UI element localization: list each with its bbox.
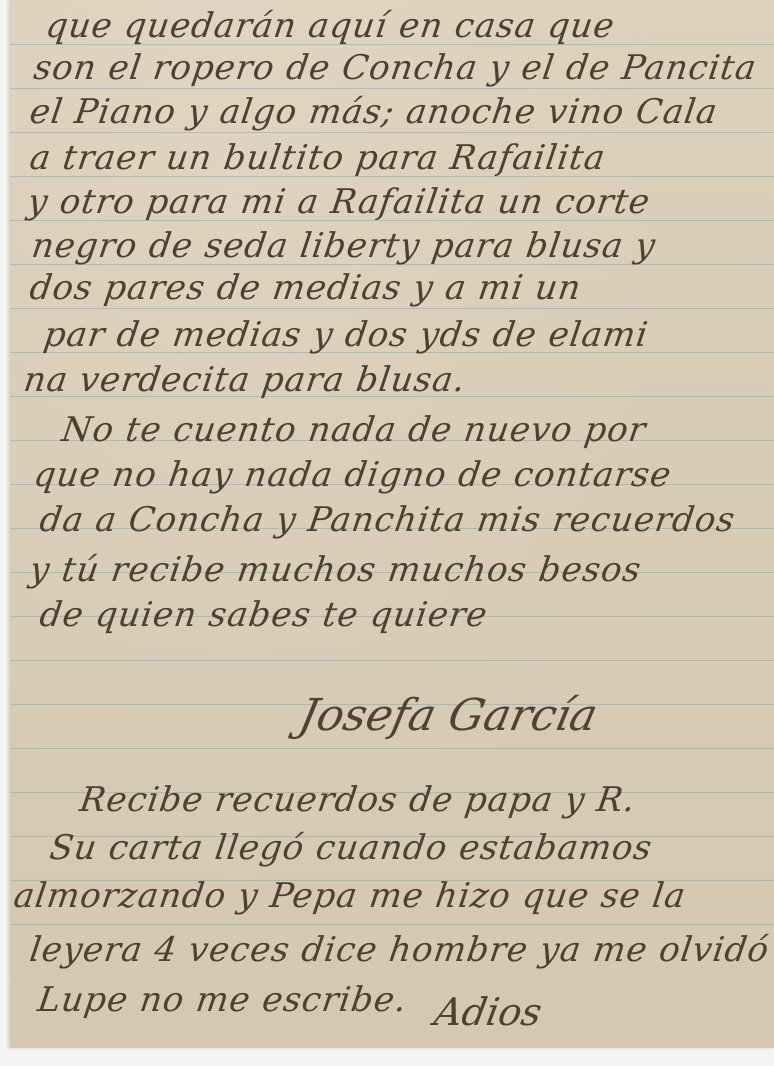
ruled-line (10, 924, 774, 925)
letter-line: dos pares de medias y a mi un (27, 268, 584, 308)
signature: Josefa García (295, 690, 602, 741)
postscript-line: Recibe recuerdos de papa y R. (77, 780, 638, 820)
letter-line: na verdecita para blusa. (21, 360, 468, 400)
ruled-line (10, 748, 774, 749)
postscript-line: leyera 4 veces dice hombre ya me olvidó (27, 930, 772, 970)
letter-line: a traer un bultito para Rafailita (27, 138, 608, 178)
letter-line: son el ropero de Concha y el de Pancita (31, 48, 759, 88)
letter-line: par de medias y dos yds de elami (41, 315, 651, 355)
ruled-line (10, 660, 774, 661)
letter-line: de quien sabes te quiere (37, 595, 490, 635)
closing-adios: Adios (431, 990, 545, 1034)
letter-page: que quedarán aquí en casa que son el rop… (10, 0, 774, 1048)
ruled-line (10, 88, 774, 89)
postscript-line: Lupe no me escribe. (35, 980, 410, 1020)
ruled-line (10, 132, 774, 133)
letter-line: y tú recibe muchos muchos besos (27, 550, 644, 590)
letter-line: que no hay nada digno de contarse (31, 455, 674, 495)
postscript-line: almorzando y Pepa me hizo que se la (11, 876, 688, 916)
postscript-line: Su carta llegó cuando estabamos (47, 828, 655, 868)
letter-line: da a Concha y Panchita mis recuerdos (37, 500, 738, 540)
letter-line: y otro para mi a Rafailita un corte (25, 182, 653, 222)
ruled-line (10, 308, 774, 309)
letter-line: No te cuento nada de nuevo por (59, 410, 649, 450)
letter-line: que quedarán aquí en casa que (43, 6, 617, 46)
letter-line: negro de seda liberty para blusa y (29, 226, 658, 266)
letter-line: el Piano y algo más; anoche vino Cala (27, 92, 720, 132)
scanned-letter: que quedarán aquí en casa que son el rop… (0, 0, 774, 1066)
